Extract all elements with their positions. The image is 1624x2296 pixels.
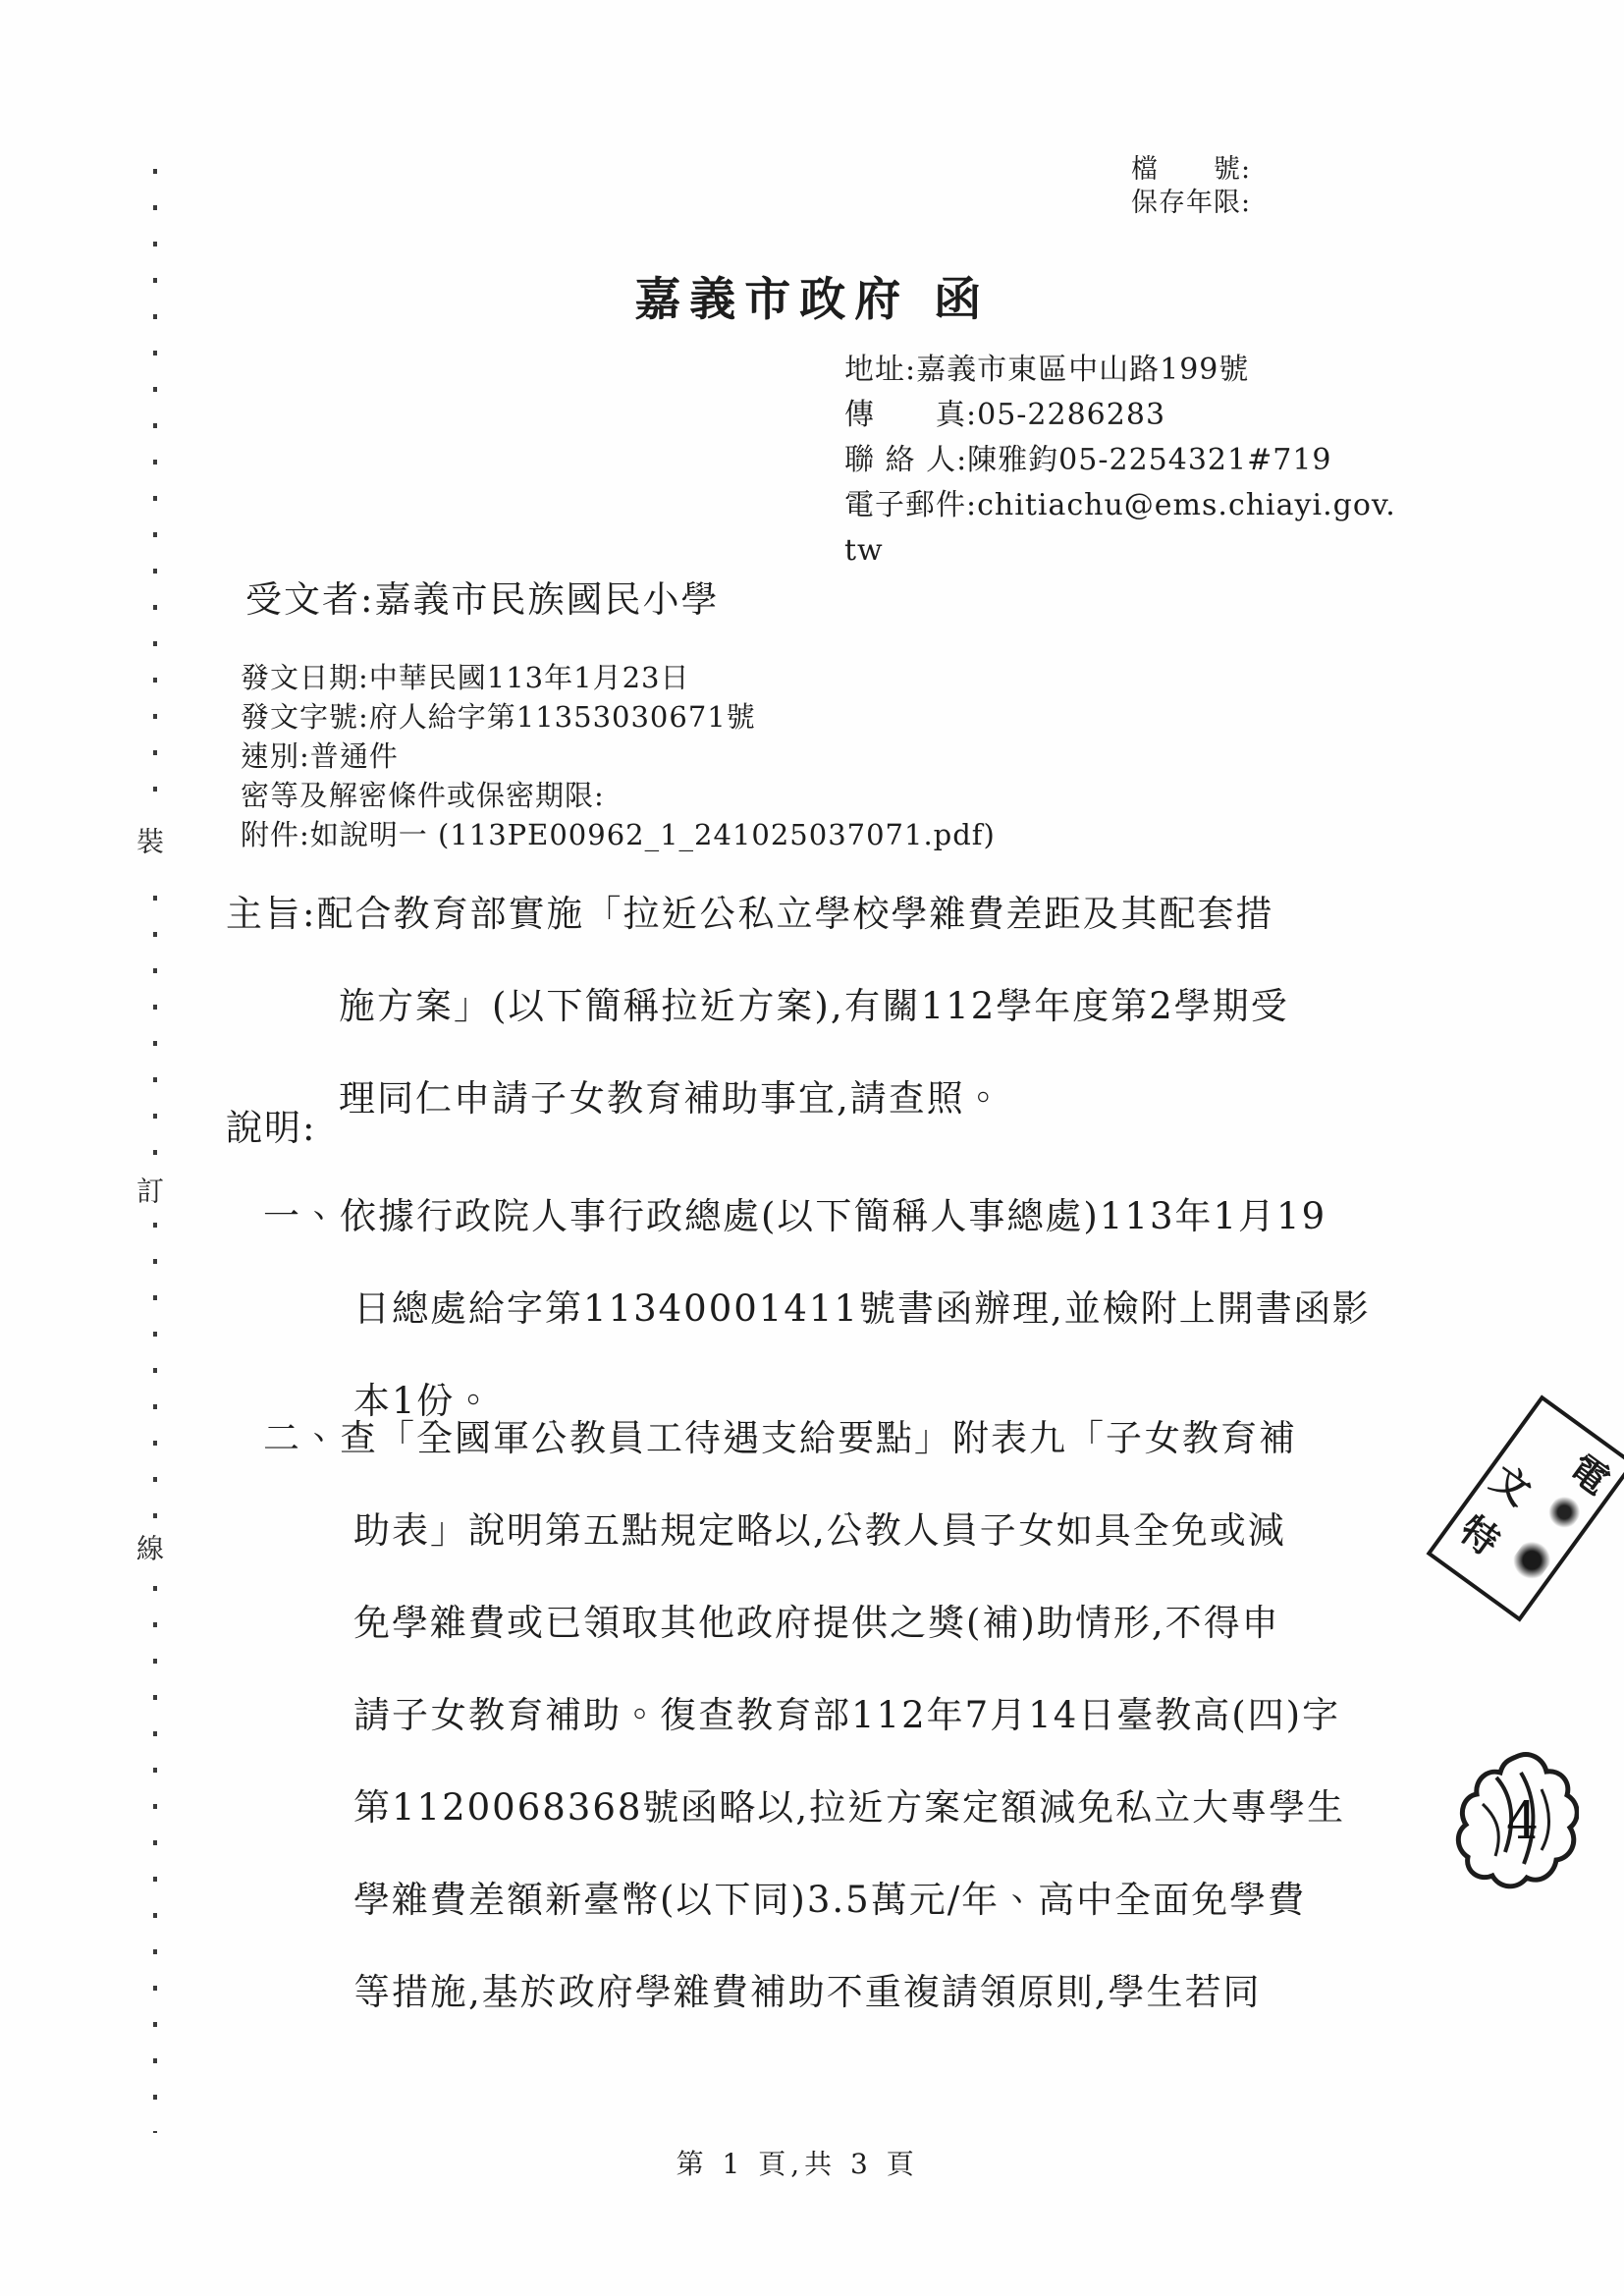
explanation-heading: 說明:: [226, 1098, 316, 1151]
contact-email-line: 電子郵件:chitiachu@ems.chiayi.gov.: [844, 483, 1396, 528]
subject-paragraph: 主旨:配合教育部實施「拉近公私立學校學雜費差距及其配套措 施方案」(以下簡稱拉近…: [226, 868, 1289, 1145]
recipient-line: 受文者:嘉義市民族國民小學: [245, 570, 719, 623]
document-page: 裝 訂 線 檔 號: 保存年限: 嘉義市政府 函 地址:嘉義市東區中山路199號…: [0, 0, 1624, 2296]
contact-fax-line: 傳 真:05-2286283: [844, 393, 1396, 438]
meta-speed-class: 速別:普通件: [241, 737, 996, 776]
electronic-exchange-stamp: 電 文 特: [1426, 1394, 1624, 1621]
seal-number-text: 4: [1506, 1792, 1539, 1851]
contact-email-wrap-line: tw: [844, 528, 1396, 574]
item2-line: 助表」說明第五點規定略以,公教人員子女如具全免或減: [263, 1485, 1345, 1577]
explanation-item-2: 二、查「全國軍公教員工待遇支給要點」附表九「子女教育補 助表」說明第五點規定略以…: [263, 1393, 1345, 2039]
meta-security-class: 密等及解密條件或保密期限:: [241, 776, 996, 815]
subject-line: 施方案」(以下簡稱拉近方案),有關112學年度第2學期受: [226, 960, 1289, 1053]
meta-doc-number: 發文字號:府人給字第11353030671號: [241, 697, 996, 737]
archive-label-block: 檔 號: 保存年限:: [1131, 153, 1251, 220]
retention-period-label: 保存年限:: [1131, 187, 1251, 220]
page-indicator: 第 1 頁,共 3 頁: [677, 2143, 919, 2182]
flower-seal-icon: 4: [1455, 1750, 1579, 1893]
item2-line: 第1120068368號函略以,拉近方案定額減免私立大專學生: [263, 1762, 1345, 1854]
binding-dotted-line: [153, 169, 157, 2133]
meta-block: 發文日期:中華民國113年1月23日 發文字號:府人給字第11353030671…: [241, 658, 996, 854]
contact-address-line: 地址:嘉義市東區中山路199號: [844, 348, 1396, 393]
item1-line: 一、依據行政院人事行政總處(以下簡稱人事總處)113年1月19: [263, 1171, 1371, 1263]
item2-line: 二、查「全國軍公教員工待遇支給要點」附表九「子女教育補: [263, 1393, 1345, 1485]
stamp-smudge: [1507, 1535, 1557, 1586]
item2-line: 等措施,基於政府學雜費補助不重複請領原則,學生若同: [263, 1946, 1345, 2039]
meta-attachment: 附件:如說明一 (113PE00962_1_241025037071.pdf): [241, 815, 996, 854]
binding-mark-ding: 訂: [127, 1167, 170, 1214]
flower-seal: 4: [1455, 1750, 1579, 1897]
item2-line: 免學雜費或已領取其他政府提供之獎(補)助情形,不得申: [263, 1577, 1345, 1669]
contact-block: 地址:嘉義市東區中山路199號 傳 真:05-2286283 聯 絡 人:陳雅鈞…: [844, 348, 1396, 574]
contact-person-line: 聯 絡 人:陳雅鈞05-2254321#719: [844, 438, 1396, 483]
meta-issue-date: 發文日期:中華民國113年1月23日: [241, 658, 996, 697]
document-title: 嘉義市政府 函: [0, 263, 1624, 329]
binding-mark-zhuang: 裝: [127, 817, 170, 864]
binding-mark-xian: 線: [127, 1524, 170, 1571]
file-number-label: 檔 號:: [1131, 153, 1251, 187]
subject-line: 理同仁申請子女教育補助事宜,請查照。: [226, 1053, 1289, 1145]
subject-line: 主旨:配合教育部實施「拉近公私立學校學雜費差距及其配套措: [226, 868, 1289, 960]
item2-line: 學雜費差額新臺幣(以下同)3.5萬元/年、高中全面免學費: [263, 1854, 1345, 1946]
item1-line: 日總處給字第11340001411號書函辦理,並檢附上開書函影: [263, 1263, 1371, 1355]
item2-line: 請子女教育補助。復查教育部112年7月14日臺教高(四)字: [263, 1669, 1345, 1762]
